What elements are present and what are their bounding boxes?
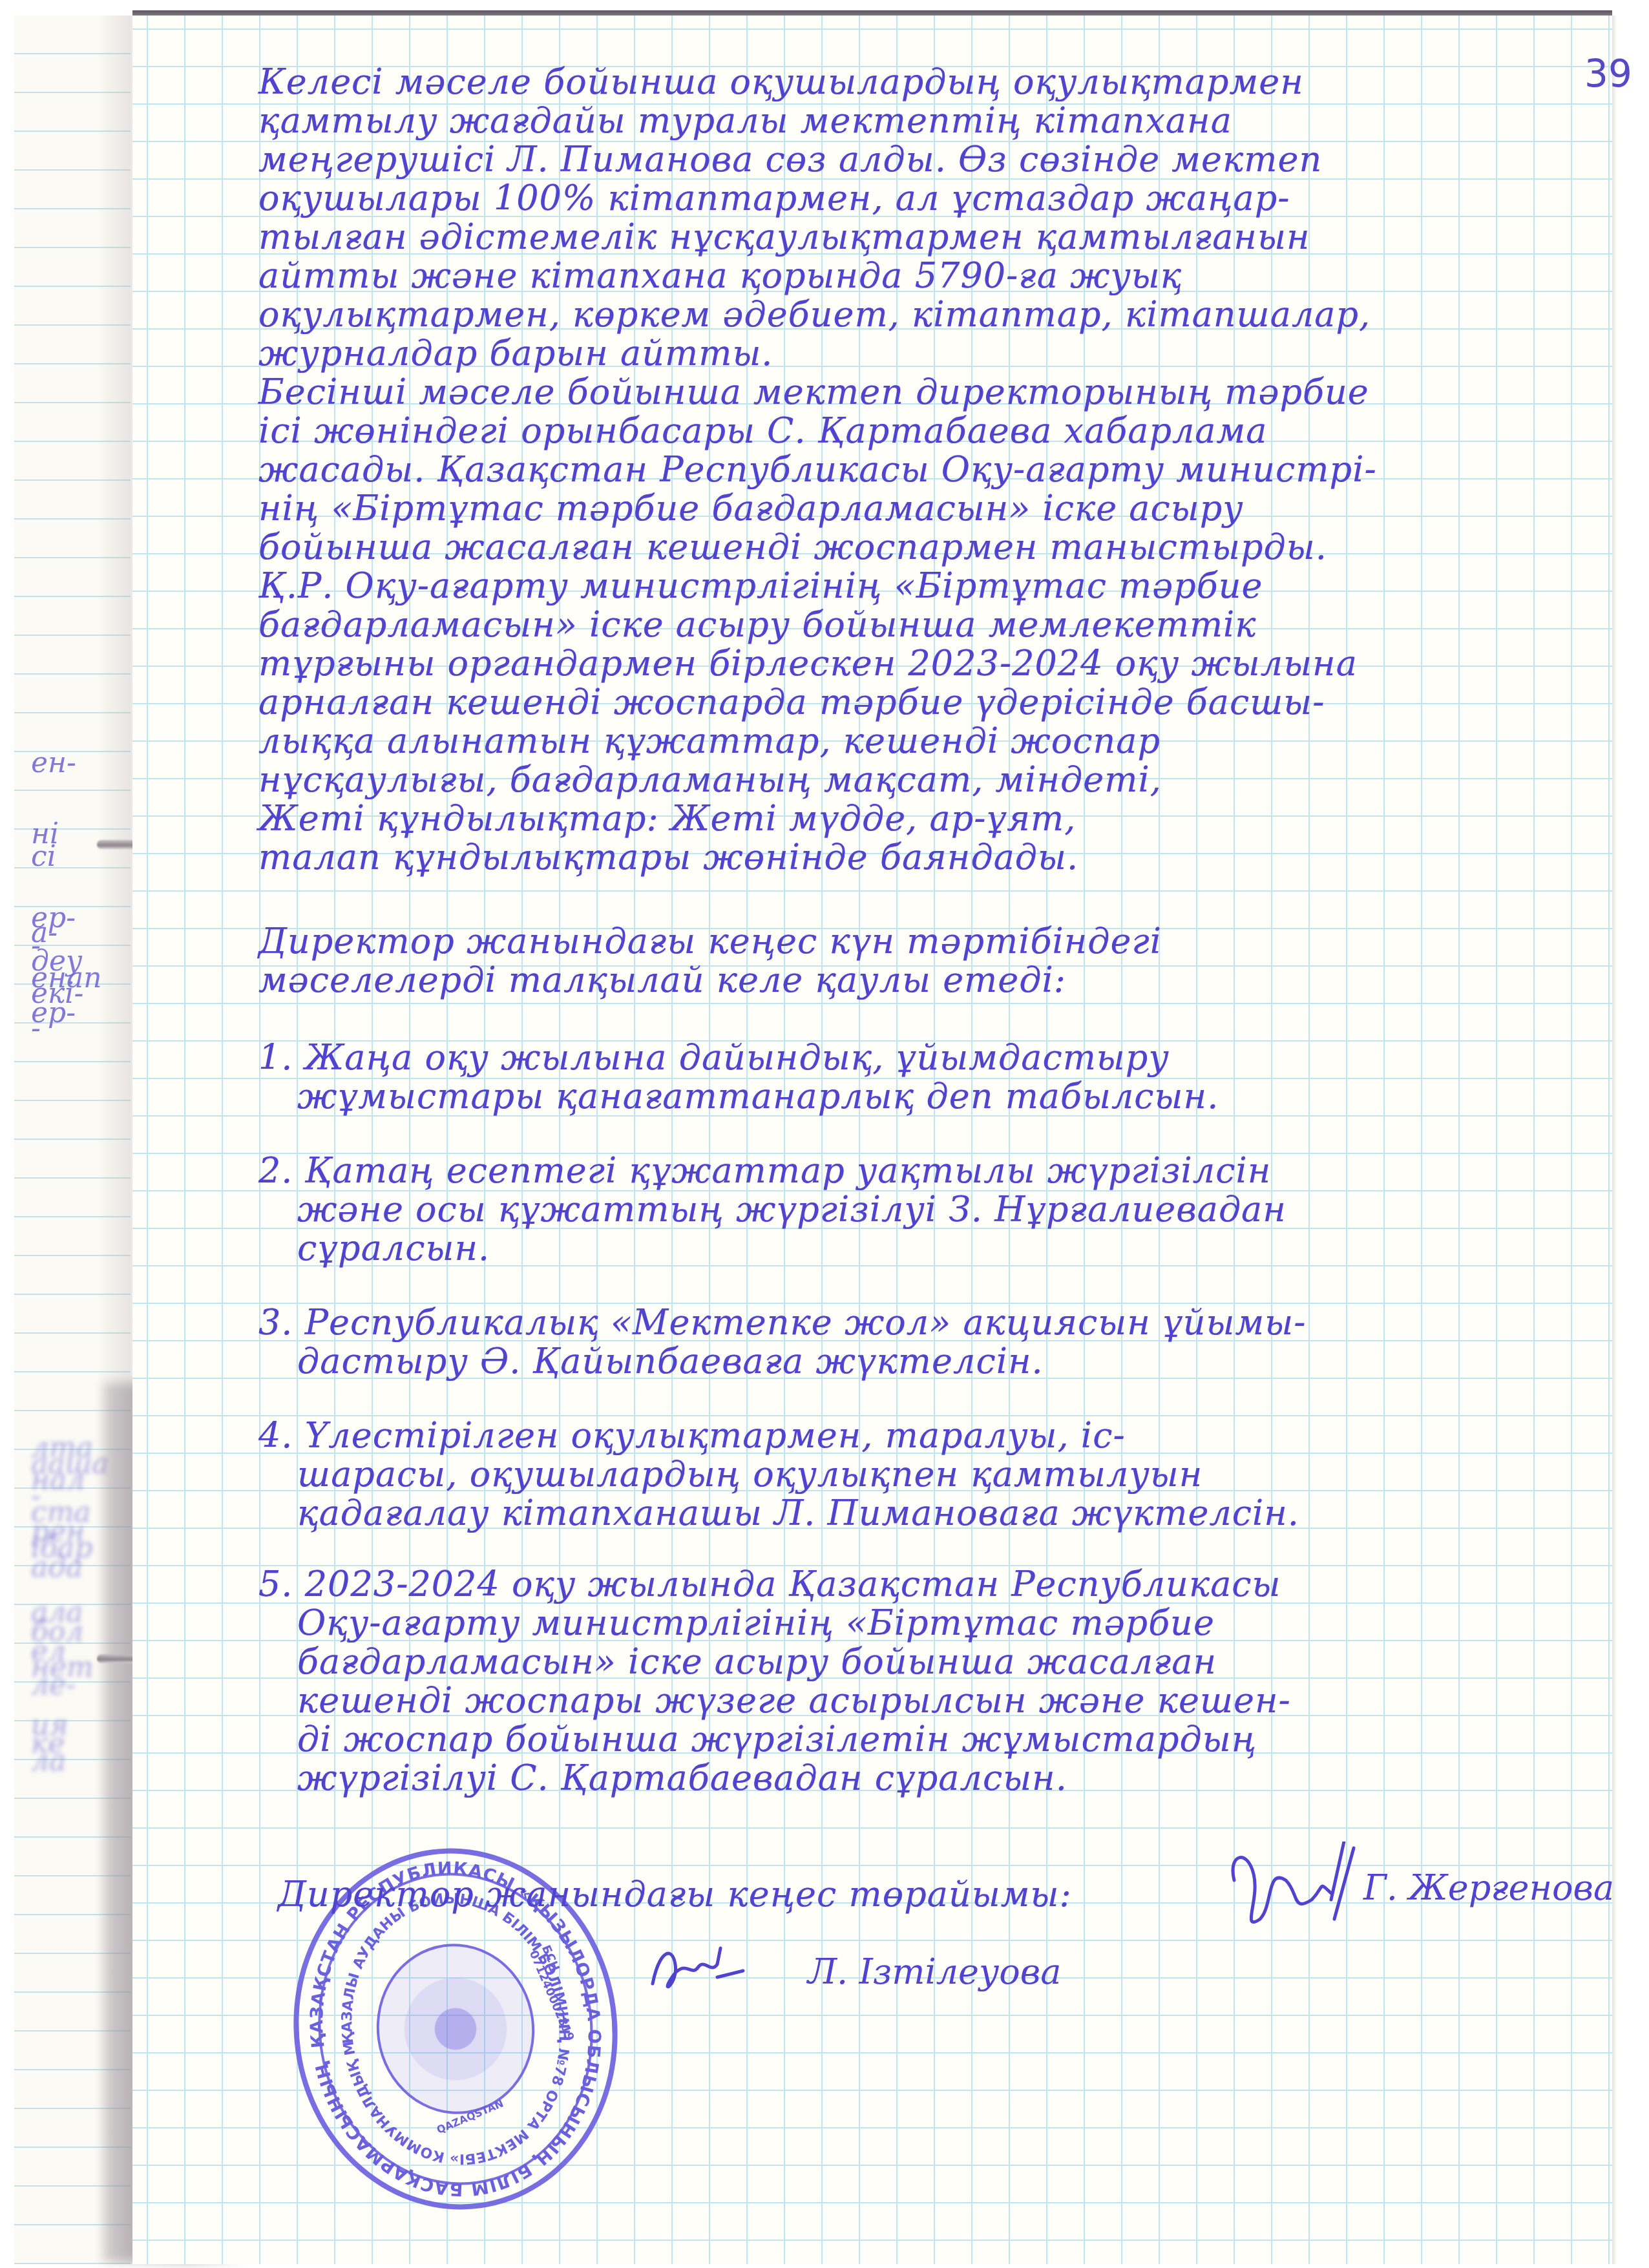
chair-name: Г. Жерғенова [1363, 1867, 1614, 1908]
text-line: оқушылары 100% кітаптармен, ал ұстаздар … [258, 178, 1602, 218]
text-line: нің «Біртұтас тәрбие бағдарламасын» іске… [258, 488, 1602, 529]
text-line: Оқу-ағарту министрлігінің «Біртұтас тәрб… [297, 1602, 1641, 1643]
resolution-number: 4. [258, 1415, 293, 1456]
text-line: бағдарламасын» іске асыру бойынша жасалғ… [297, 1641, 1641, 1682]
resolution-number: 2. [258, 1150, 293, 1191]
resolution-number: 1. [258, 1037, 293, 1078]
text-line: Бесінші мәселе бойынша мектеп директорын… [258, 372, 1602, 412]
text-line: Жеті құндылықтар: Жеті мүдде, ар-ұят, [258, 798, 1602, 839]
previous-page-fragment: - [31, 1012, 41, 1045]
text-line: Республикалық «Мектепке жол» акциясын ұй… [305, 1302, 1307, 1343]
previous-page-fragment: ада [31, 1551, 83, 1584]
secretary-signature-scribble [646, 1938, 750, 2010]
text-line: жүргізілуі С. Қартабаевадан сұралсын. [297, 1758, 1641, 1798]
text-line: тұрғыны органдармен бірлескен 2023-2024 … [258, 643, 1602, 684]
chair-signature-scribble [1221, 1842, 1370, 1951]
text-line: қадағалау кітапханашы Л. Пимановаға жүкт… [297, 1493, 1641, 1533]
text-line: бағдарламасын» іске асыру бойынша мемлек… [258, 604, 1602, 645]
text-line: және осы құжаттың жүргізілуі З. Нұрғалие… [297, 1189, 1641, 1230]
text-line: журналдар барын айтты. [258, 333, 1602, 373]
text-line: шарасы, оқушылардың оқулықпен қамтылуын [297, 1454, 1641, 1495]
text-line: айтты және кітапхана қорында 5790-ға жуы… [258, 255, 1602, 296]
text-line: бойынша жасалған кешенді жоспармен таныс… [258, 527, 1602, 567]
text-line: жұмыстары қанағаттанарлық деп табылсын. [297, 1076, 1641, 1117]
previous-page-fragment: ci [31, 840, 56, 873]
text-line: оқулықтармен, көркем әдебиет, кітаптар, … [258, 294, 1602, 335]
page-right-edge [1612, 16, 1617, 2264]
text-line: Жаңа оқу жылына дайындық, ұйымдастыру [305, 1037, 1170, 1078]
text-line: дастыру Ә. Қайыпбаеваға жүктелсін. [297, 1341, 1641, 1381]
text-line: нұсқаулығы, бағдарламаның мақсат, міндет… [258, 759, 1602, 800]
text-line: Үлестірілген оқулықтармен, таралуы, іс- [305, 1415, 1126, 1456]
resolution-number: 3. [258, 1302, 293, 1343]
text-line: Қатаң есептегі құжаттар уақтылы жүргізіл… [305, 1150, 1272, 1191]
text-line: Қ.Р. Оқу-ағарту министрлігінің «Біртұтас… [258, 565, 1602, 606]
text-line: кешенді жоспары жүзеге асырылсын және ке… [297, 1680, 1641, 1721]
text-line: ісі жөніндегі орынбасары С. Қартабаева х… [258, 410, 1602, 451]
text-line: арналған кешенді жоспарда тәрбие үдерісі… [258, 682, 1602, 722]
text-line: меңгерушісі Л. Пиманова сөз алды. Өз сөз… [258, 139, 1602, 180]
secretary-name: Л. Ізтілеуова [808, 1951, 1061, 1992]
text-line: 2023-2024 оқу жылында Қазақстан Республи… [305, 1564, 1281, 1604]
previous-page-fragment: ле- [31, 1668, 76, 1701]
text-line: Келесі мәселе бойынша оқушылардың оқулық… [258, 61, 1602, 102]
previous-page-fragment: ен- [31, 746, 76, 779]
text-line: Директор жанындағы кеңес күн тәртібіндег… [258, 921, 1602, 961]
previous-page-fragment: ла [31, 1745, 66, 1778]
text-line: сұралсын. [297, 1228, 1641, 1268]
text-line: ді жоспар бойынша жүргізілетін жұмыстард… [297, 1719, 1641, 1759]
text-line: талап құндылықтары жөнінде баяндады. [258, 837, 1602, 877]
text-line: жасады. Қазақстан Республикасы Оқу-ағарт… [258, 449, 1602, 490]
scanned-document: ен-ніciер-а--деуенапекі-ер--лтааашанал-с… [0, 0, 1649, 2268]
resolution-number: 5. [258, 1564, 293, 1604]
text-line: мәселелерді талқылай келе қаулы етеді: [258, 960, 1602, 1000]
text-line: лыққа алынатын құжаттар, кешенді жоспар [258, 720, 1602, 761]
text-line: қамтылу жағдайы туралы мектептің кітапха… [258, 100, 1602, 141]
text-line: тылған әдістемелік нұсқаулықтармен қамты… [258, 216, 1602, 257]
